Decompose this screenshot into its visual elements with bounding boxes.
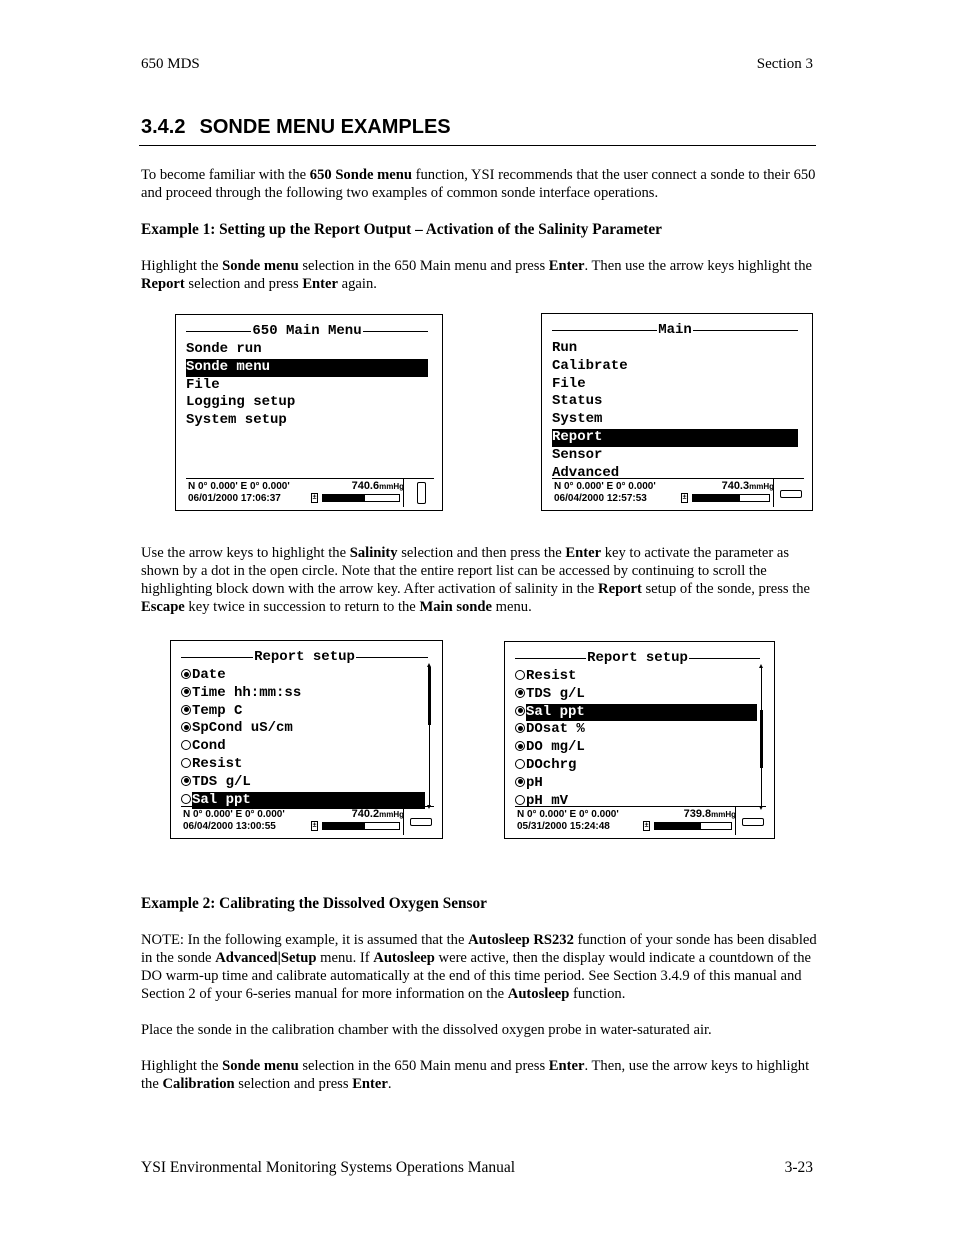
screen-title-bar: Report setup [515, 650, 760, 666]
barometric-pressure: 739.8mmHg [684, 808, 736, 820]
handheld-icon [417, 482, 426, 504]
menu-item[interactable]: DO mg/L [515, 739, 758, 757]
pressure-unit: mmHg [749, 482, 774, 491]
menu-item[interactable]: File [186, 377, 428, 395]
menu-item-label: Temp C [192, 703, 242, 719]
menu-list: RunCalibrateFileStatusSystemReportSensor… [552, 340, 798, 482]
menu-item[interactable]: Cond [181, 738, 426, 756]
sonde-icon [410, 818, 432, 826]
bold-term: Autosleep RS232 [468, 932, 574, 948]
barometric-pressure: 740.2mmHg [352, 808, 404, 820]
title-rule-right [356, 657, 428, 658]
title-rule-right [693, 330, 798, 331]
bold-term: Report [141, 276, 185, 292]
title-rule-left [186, 331, 251, 332]
running-footer-left: YSI Environmental Monitoring Systems Ope… [141, 1159, 515, 1177]
menu-item-label: Status [552, 393, 602, 409]
menu-item-label: Time hh:mm:ss [192, 685, 301, 701]
screen-title: Main [657, 322, 693, 338]
battery-icon: ± [311, 821, 318, 831]
menu-item-label: Date [192, 667, 226, 683]
running-header-left: 650 MDS [141, 56, 200, 73]
radio-unchecked-icon[interactable] [515, 759, 525, 769]
status-bar: N 0° 0.000' E 0° 0.000'06/04/2000 13:00:… [181, 806, 434, 835]
bold-term: Autosleep [508, 986, 570, 1002]
barometric-pressure: 740.3mmHg [722, 480, 774, 492]
scrollbar-thumb[interactable] [760, 710, 763, 768]
bold-term: Sonde menu [222, 258, 299, 274]
menu-list: DateTime hh:mm:ssTemp CSpCond uS/cmCondR… [181, 667, 426, 809]
section-title: SONDE MENU EXAMPLES [199, 116, 450, 138]
scrollbar[interactable] [761, 668, 762, 806]
menu-item[interactable]: Run [552, 340, 798, 358]
screen-title: 650 Main Menu [251, 323, 362, 339]
bold-term: Enter [565, 545, 601, 561]
title-rule-right [363, 331, 428, 332]
menu-item[interactable]: DOchrg [515, 757, 758, 775]
bold-term: Calibration [162, 1076, 234, 1092]
radio-checked-icon[interactable] [515, 777, 525, 787]
gps-coordinates: N 0° 0.000' E 0° 0.000' [517, 809, 619, 820]
menu-item-label: Cond [192, 738, 226, 754]
pressure-unit: mmHg [379, 810, 404, 819]
battery-level-fill [655, 823, 701, 829]
barometric-pressure: 740.6mmHg [352, 480, 404, 492]
menu-list: Sonde runSonde menuFileLogging setupSyst… [186, 341, 428, 430]
section-heading: 3.4.2SONDE MENU EXAMPLES [141, 116, 451, 139]
status-bar: N 0° 0.000' E 0° 0.000'06/04/2000 12:57:… [552, 478, 804, 507]
example2-paragraph-2: Highlight the Sonde menu selection in th… [141, 1057, 817, 1093]
gps-coordinates: N 0° 0.000' E 0° 0.000' [188, 481, 290, 492]
menu-item[interactable]: pH [515, 775, 758, 793]
radio-checked-icon[interactable] [515, 723, 525, 733]
title-rule-right [689, 658, 760, 659]
menu-item[interactable]: Sensor [552, 447, 798, 465]
bold-term: Enter [549, 1058, 585, 1074]
menu-item[interactable]: Resist [515, 668, 758, 686]
menu-item[interactable]: TDS g/L [515, 686, 758, 704]
menu-item[interactable]: Temp C [181, 703, 426, 721]
battery-level-bar [322, 494, 400, 502]
battery-level-fill [323, 495, 365, 501]
screen-650-main-menu: 650 Main MenuSonde runSonde menuFileLogg… [175, 314, 443, 511]
date-time: 05/31/2000 15:24:48 [517, 821, 610, 832]
example1-paragraph-1: Highlight the Sonde menu selection in th… [141, 257, 817, 293]
battery-level-fill [693, 495, 740, 501]
screen-sonde-main: MainRunCalibrateFileStatusSystemReportSe… [541, 313, 813, 511]
screen-title: Report setup [253, 649, 356, 665]
radio-checked-icon[interactable] [515, 688, 525, 698]
menu-item-label: Resist [192, 756, 242, 772]
radio-unchecked-icon[interactable] [515, 795, 525, 805]
gps-coordinates: N 0° 0.000' E 0° 0.000' [554, 481, 656, 492]
menu-item-label: System [552, 411, 602, 427]
bold-term: Salinity [350, 545, 398, 561]
menu-list: ResistTDS g/LSal pptDOsat %DO mg/LDOchrg… [515, 668, 758, 810]
scroll-up-arrow-icon[interactable] [759, 664, 763, 668]
menu-item[interactable]: Time hh:mm:ss [181, 685, 426, 703]
menu-item[interactable]: DOsat % [515, 721, 758, 739]
menu-item[interactable]: Calibrate [552, 358, 798, 376]
menu-item-label: Report [552, 429, 602, 445]
menu-item-label: Resist [526, 668, 576, 684]
battery-level-bar [692, 494, 770, 502]
battery-level-bar [654, 822, 732, 830]
radio-checked-icon[interactable] [181, 687, 191, 697]
example1-heading: Example 1: Setting up the Report Output … [141, 221, 662, 239]
page-number: 3-23 [785, 1159, 813, 1177]
menu-item-label: TDS g/L [526, 686, 585, 702]
bold-term: Main sonde [419, 599, 492, 615]
radio-unchecked-icon[interactable] [181, 758, 191, 768]
menu-item[interactable]: System [552, 411, 798, 429]
bold-term: Escape [141, 599, 185, 615]
example1-paragraph-2: Use the arrow keys to highlight the Sali… [141, 544, 817, 616]
radio-checked-icon[interactable] [181, 705, 191, 715]
bold-term: Advanced|Setup [215, 950, 316, 966]
sonde-icon [742, 818, 764, 826]
scrollbar-thumb[interactable] [428, 667, 431, 725]
sonde-icon [780, 490, 802, 498]
battery-icon: ± [311, 493, 318, 503]
scrollbar[interactable] [429, 667, 430, 805]
date-time: 06/04/2000 13:00:55 [183, 821, 276, 832]
screen-report-setup-1: Report setupDateTime hh:mm:ssTemp CSpCon… [170, 640, 443, 839]
menu-item-label: File [552, 376, 586, 392]
gps-coordinates: N 0° 0.000' E 0° 0.000' [183, 809, 285, 820]
pressure-unit: mmHg [379, 482, 404, 491]
menu-item-label: DOchrg [526, 757, 576, 773]
menu-item[interactable]: Date [181, 667, 426, 685]
bold-term: Enter [302, 276, 338, 292]
menu-item-label: Run [552, 340, 577, 356]
menu-item-label: pH [526, 775, 543, 791]
battery-level-fill [323, 823, 365, 829]
menu-item[interactable]: Sonde menu [186, 359, 428, 377]
menu-item[interactable]: Resist [181, 756, 426, 774]
status-divider [403, 479, 404, 507]
menu-item[interactable]: Status [552, 393, 798, 411]
date-time: 06/01/2000 17:06:37 [188, 493, 281, 504]
screen-title-bar: 650 Main Menu [186, 323, 428, 339]
status-divider [735, 807, 736, 835]
title-rule-left [181, 657, 253, 658]
menu-item[interactable]: TDS g/L [181, 774, 426, 792]
radio-checked-icon[interactable] [181, 669, 191, 679]
menu-item[interactable]: Sal ppt [515, 704, 758, 722]
menu-item-label: DO mg/L [526, 739, 585, 755]
battery-level-bar [322, 822, 400, 830]
bold-term: Autosleep [373, 950, 435, 966]
bold-term: 650 Sonde menu [310, 167, 412, 183]
bold-term: Enter [549, 258, 585, 274]
menu-item-label: Sensor [552, 447, 602, 463]
example2-note: NOTE: In the following example, it is as… [141, 931, 817, 1003]
menu-item-label: Sonde run [186, 341, 262, 357]
date-time: 06/04/2000 12:57:53 [554, 493, 647, 504]
radio-unchecked-icon[interactable] [515, 670, 525, 680]
radio-checked-icon[interactable] [181, 776, 191, 786]
heading-rule [139, 145, 816, 146]
running-header-right: Section 3 [757, 56, 813, 73]
title-rule-left [552, 330, 657, 331]
section-number: 3.4.2 [141, 116, 185, 138]
screen-title-bar: Main [552, 322, 798, 338]
menu-item[interactable]: System setup [186, 412, 428, 430]
status-bar: N 0° 0.000' E 0° 0.000'05/31/2000 15:24:… [515, 806, 766, 835]
battery-icon: ± [681, 493, 688, 503]
scroll-up-arrow-icon[interactable] [427, 663, 431, 667]
menu-item-label: System setup [186, 412, 287, 428]
radio-checked-icon[interactable] [515, 741, 525, 751]
battery-icon: ± [643, 821, 650, 831]
screen-title: Report setup [586, 650, 689, 666]
screen-report-setup-2: Report setupResistTDS g/LSal pptDOsat %D… [504, 641, 775, 839]
menu-item-label: Calibrate [552, 358, 628, 374]
title-rule-left [515, 658, 586, 659]
menu-item-label: SpCond uS/cm [192, 720, 293, 736]
menu-item[interactable]: Report [552, 429, 798, 447]
menu-item-label: DOsat % [526, 721, 585, 737]
menu-item-label: Sal ppt [526, 704, 757, 722]
radio-unchecked-icon[interactable] [181, 794, 191, 804]
menu-item[interactable]: SpCond uS/cm [181, 720, 426, 738]
bold-term: Report [598, 581, 642, 597]
menu-item[interactable]: Sonde run [186, 341, 428, 359]
radio-unchecked-icon[interactable] [181, 740, 191, 750]
status-divider [403, 807, 404, 835]
menu-item-label: TDS g/L [192, 774, 251, 790]
bold-term: Enter [352, 1076, 388, 1092]
menu-item[interactable]: Logging setup [186, 394, 428, 412]
screen-title-bar: Report setup [181, 649, 428, 665]
example2-paragraph-1: Place the sonde in the calibration chamb… [141, 1021, 817, 1039]
radio-checked-icon[interactable] [181, 722, 191, 732]
intro-paragraph: To become familiar with the 650 Sonde me… [141, 166, 817, 202]
menu-item[interactable]: File [552, 376, 798, 394]
menu-item-label: File [186, 377, 220, 393]
pressure-unit: mmHg [711, 810, 736, 819]
status-bar: N 0° 0.000' E 0° 0.000'06/01/2000 17:06:… [186, 478, 434, 507]
status-divider [773, 479, 774, 507]
example2-heading: Example 2: Calibrating the Dissolved Oxy… [141, 895, 487, 913]
bold-term: Sonde menu [222, 1058, 299, 1074]
menu-item-label: Logging setup [186, 394, 295, 410]
radio-checked-icon[interactable] [515, 706, 525, 716]
menu-item-label: Sonde menu [186, 359, 270, 375]
